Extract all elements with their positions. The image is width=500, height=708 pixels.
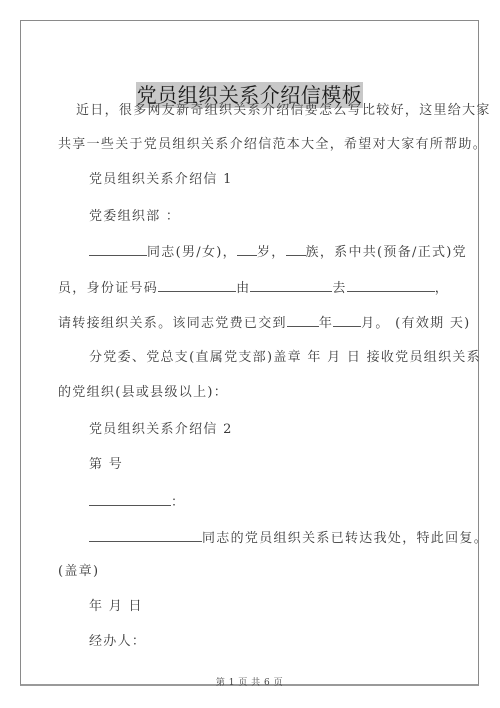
letter2-heading: 党员组织关系介绍信 2 xyxy=(89,422,233,438)
letter2-number: 第 号 xyxy=(89,457,123,473)
text-id-number: 员，身份证号码 xyxy=(58,281,158,296)
intro-line-1: 近日，很多网友新奇组织关系介绍信要怎么写比较好，这里给大家 xyxy=(76,103,491,119)
intro-line-2: 共享一些关于党员组织关系介绍信范本大全，希望对大家有所帮助。 xyxy=(58,137,487,153)
letter1-salutation: 党委组织部 ： xyxy=(89,209,180,225)
letter2-body-line: 同志的党员组织关系已转达我处，特此回复。 xyxy=(89,529,488,547)
text-reply-body: 同志的党员组织关系已转达我处，特此回复。 xyxy=(202,531,488,546)
letter2-date: 年 月 日 xyxy=(89,599,143,615)
letter1-line-5: 的党组织(县或县级以上)： xyxy=(58,385,228,401)
text-month-validity: 月。 (有效期 天) xyxy=(361,316,470,331)
age-blank[interactable] xyxy=(237,243,257,256)
text-to: 去 xyxy=(332,281,346,296)
text-from: 由 xyxy=(236,281,250,296)
id-number-blank[interactable] xyxy=(158,279,236,292)
letter1-line-2: 员，身份证号码由去， xyxy=(58,279,449,297)
from-blank[interactable] xyxy=(250,279,332,292)
name-blank[interactable] xyxy=(89,243,147,256)
text-transfer-dues: 请转接组织关系。该同志党费已交到 xyxy=(58,316,287,331)
text-comma: ， xyxy=(435,281,449,296)
text-colon: ： xyxy=(171,495,185,510)
text-comrade-gender: 同志(男/女)， xyxy=(147,245,237,260)
comrade-name-blank[interactable] xyxy=(89,529,202,542)
month-blank[interactable] xyxy=(333,314,361,327)
letter1-line-3: 请转接组织关系。该同志党费已交到年月。 (有效期 天) xyxy=(58,314,471,332)
text-age: 岁， xyxy=(257,245,286,260)
document-page: 党员组织关系介绍信模板 近日，很多网友新奇组织关系介绍信要怎么写比较好，这里给大… xyxy=(20,20,479,686)
page-footer: 第 1 页 共 6 页 xyxy=(21,675,478,688)
text-year: 年 xyxy=(319,316,333,331)
letter2-seal: (盖章) xyxy=(58,564,99,580)
to-blank[interactable] xyxy=(347,279,435,292)
letter2-recipient-line: ： xyxy=(89,493,185,511)
letter1-line-1: 同志(男/女)，岁，族，系中共(预备/正式)党 xyxy=(89,243,467,261)
text-ethnicity-membership: 族，系中共(预备/正式)党 xyxy=(306,245,467,260)
year-blank[interactable] xyxy=(287,314,319,327)
letter1-line-4: 分党委、党总支(直属党支部)盖章 年 月 日 接收党员组织关系 xyxy=(89,350,481,366)
ethnicity-blank[interactable] xyxy=(286,243,306,256)
letter1-heading: 党员组织关系介绍信 1 xyxy=(89,172,233,188)
recipient-blank[interactable] xyxy=(89,493,171,506)
letter2-handler: 经办人： xyxy=(89,634,146,650)
